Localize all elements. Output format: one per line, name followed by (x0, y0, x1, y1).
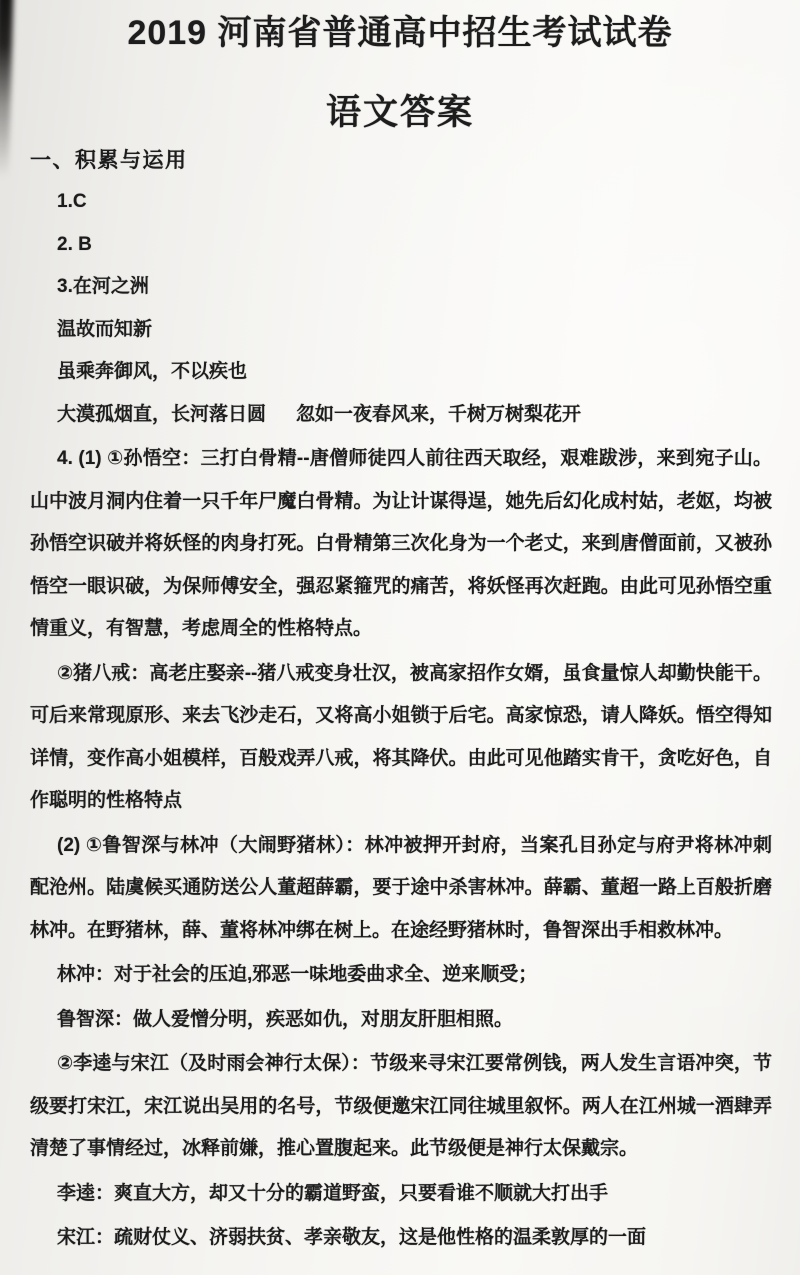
paragraph-zhubajie: ②猪八戒：高老庄娶亲--猪八戒变身壮汉，被高家招作女婿，虽食量惊人却勤快能干。可… (30, 653, 772, 823)
answer-line-1: 1.C (57, 181, 772, 224)
answer-line-3: 3.在河之洲 (57, 266, 772, 309)
answers-body: 一、积累与运用 1.C 2. B 3.在河之洲 温故而知新 虽乘奔御风，不以疾也… (30, 148, 772, 1260)
trait-line-songjiang: 宋江：疏财仗义、济弱扶贫、孝亲敬友，这是他性格的温柔敦厚的一面 (57, 1217, 772, 1260)
answer-line-4: 温故而知新 (57, 309, 772, 352)
document-title: 2019 河南省普通高中招生考试试卷 (0, 0, 800, 53)
answer-line-6-right: 忽如一夜春风来，千树万树梨花开 (296, 404, 581, 425)
document-subtitle: 语文答案 (0, 93, 800, 133)
answer-line-6: 大漠孤烟直，长河落日圆忽如一夜春风来，千树万树梨花开 (57, 394, 772, 437)
trait-line-linchong: 林冲：对于社会的压迫,邪恶一味地委曲求全、逆来顺受； (57, 954, 772, 997)
answer-line-5: 虽乘奔御风，不以疾也 (57, 351, 772, 394)
paragraph-luzhishen-linchong: (2) ①鲁智深与林冲（大闹野猪林）：林冲被押开封府，当案孔目孙定与府尹将林冲刺… (30, 825, 772, 953)
answer-line-2: 2. B (57, 224, 772, 267)
section-heading: 一、积累与运用 (30, 148, 772, 174)
paragraph-sunwukong: 4. (1) ①孙悟空：三打白骨精--唐僧师徒四人前往西天取经，艰难跋涉，来到宛… (30, 438, 772, 651)
answer-line-6-left: 大漠孤烟直，长河落日圆 (57, 404, 266, 425)
paragraph-likui-songjiang: ②李逵与宋江（及时雨会神行太保）：节级来寻宋江要常例钱，两人发生言语冲突，节级要… (30, 1043, 772, 1171)
trait-line-luzhishen: 鲁智深：做人爱憎分明，疾恶如仇，对朋友肝胆相照。 (57, 999, 772, 1042)
trait-line-likui: 李逵：爽直大方，却又十分的霸道野蛮，只要看谁不顺就大打出手 (57, 1173, 772, 1216)
document-content: 2019 河南省普通高中招生考试试卷 语文答案 一、积累与运用 1.C 2. B… (0, 0, 800, 1260)
document-page: 2019 河南省普通高中招生考试试卷 语文答案 一、积累与运用 1.C 2. B… (0, 0, 800, 1275)
